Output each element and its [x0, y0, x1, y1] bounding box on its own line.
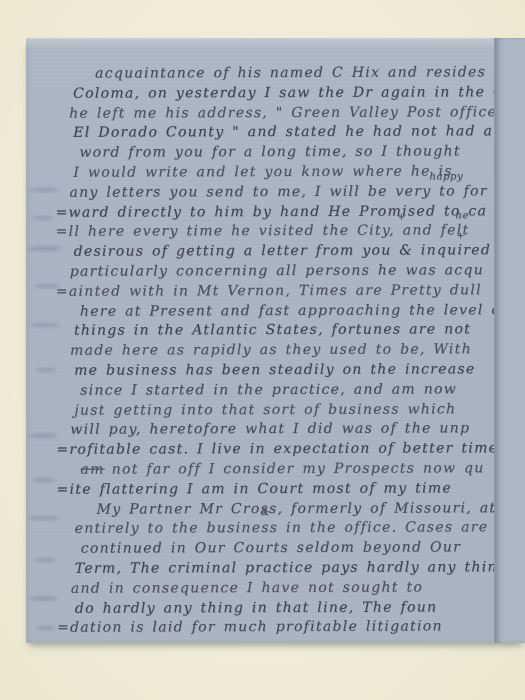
handwritten-text: acquaintance of his named C Hix and resi… — [55, 63, 495, 639]
inserted-word-happy: happy — [429, 172, 463, 182]
handwriting-line: just getting into that sort of business … — [74, 400, 494, 421]
bleed-mark — [29, 433, 57, 438]
caret-mark: + — [457, 233, 466, 242]
handwriting-line: things in the Atlantic States, fortunes … — [74, 321, 494, 342]
bleed-mark — [32, 478, 56, 482]
letter-page: acquaintance of his named C Hix and resi… — [26, 38, 525, 643]
bleed-mark — [28, 516, 60, 520]
handwriting-line: Coloma, on yesterday I saw the Dr again … — [73, 83, 493, 104]
handwriting-line: he left me his address, " Green Valley P… — [69, 103, 493, 124]
handwriting-line: =dation is laid for much profitable liti… — [57, 618, 495, 639]
handwriting-line: here at Present and fast approaching the… — [80, 301, 494, 322]
handwriting-line: =ward directly to him by hand He Promise… — [55, 202, 493, 223]
handwriting-line: =ite flattering I am in Court most of my… — [56, 479, 494, 500]
handwriting-line: desirous of getting a letter from you & … — [74, 241, 494, 262]
handwriting-line: and in consequence I have not sought to — [71, 578, 495, 599]
handwriting-line: My Partner Mr Cross, formerly of Missour… — [97, 499, 495, 520]
handwriting-line: word from you for a long time, so I thou… — [79, 142, 493, 163]
handwriting-line: entirely to the business in the office. … — [75, 519, 495, 540]
handwriting-line: any letters you send to me, I will be ve… — [69, 182, 493, 203]
bleed-mark — [30, 596, 58, 601]
handwriting-line: will pay, heretofore what I did was of t… — [70, 420, 494, 441]
caret-mark: + — [398, 213, 407, 222]
handwriting-line: continued in Our Courts seldom beyond Ou… — [81, 538, 495, 559]
bleed-mark — [36, 626, 56, 630]
vertical-fold-crease — [494, 38, 525, 643]
handwriting-line: particularly concerning all persons he w… — [70, 261, 494, 282]
bleed-mark — [36, 368, 56, 372]
handwriting-line: =ainted with in Mt Vernon, Times are Pre… — [56, 281, 494, 302]
handwriting-line: do hardly any thing in that line, The fo… — [75, 598, 495, 619]
handwriting-line: made here as rapidly as they used to be,… — [70, 340, 494, 361]
handwriting-line: acquaintance of his named C Hix and resi… — [95, 63, 493, 84]
bleed-mark — [32, 216, 54, 220]
inserted-ampersand: & — [261, 508, 271, 518]
handwriting-line: me business has been steadily on the inc… — [74, 360, 494, 381]
handwriting-line: =rofitable cast. I live in expectation o… — [56, 439, 494, 460]
handwriting-line: El Dorado County " and stated he had not… — [73, 123, 493, 144]
handwriting-line: amnot far off I consider my Prospects no… — [80, 459, 494, 480]
inserted-word-he: he — [456, 212, 470, 222]
bleed-mark — [34, 558, 56, 562]
handwriting-line: Term, The criminal practice pays hardly … — [75, 558, 495, 579]
handwriting-line: since I started in the practice, and am … — [80, 380, 494, 401]
struck-out-word: am — [80, 462, 104, 478]
handwriting-line: =ll here every time he visited the City,… — [56, 222, 494, 243]
